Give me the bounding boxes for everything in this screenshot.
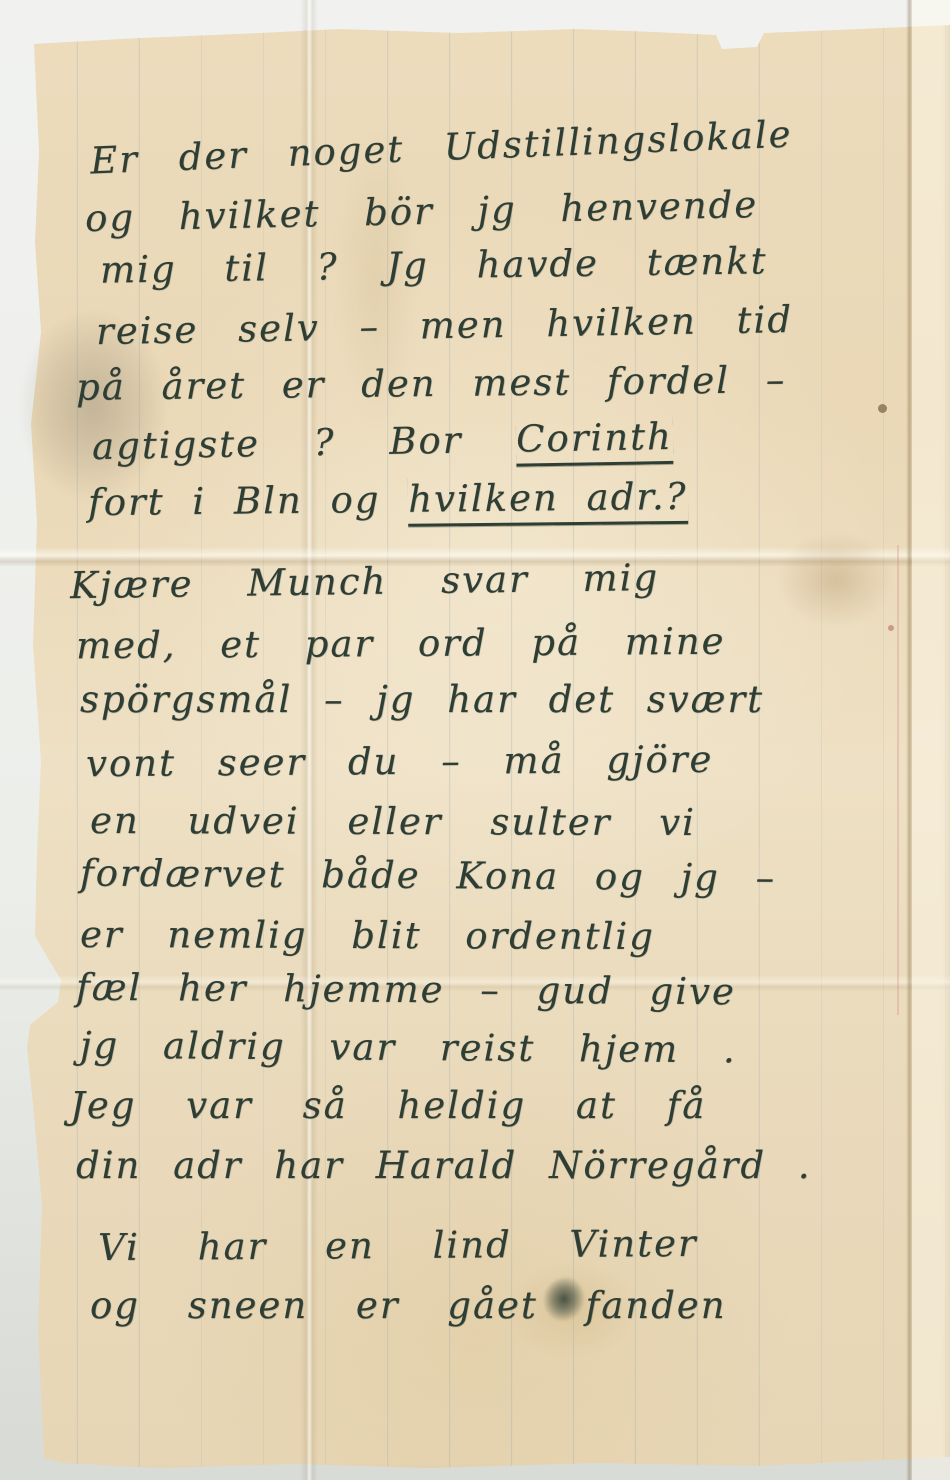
handwriting-line: og sneen er gået fanden [90, 1284, 727, 1327]
handwriting-line: Vi har en lind Vinter [98, 1222, 698, 1269]
handwriting-line: spörgsmål – jg har det svært [80, 678, 764, 721]
handwriting-line: på året er den mest fordel – [76, 358, 787, 408]
handwriting-line: fæl her hjemme – gud give [76, 966, 736, 1014]
handwriting-line: jg aldrig var reist hjem . [80, 1024, 737, 1072]
handwriting-line: fordærvet både Kona og jg – [80, 852, 776, 900]
underlined-text: hvilken adr.? [408, 475, 688, 527]
handwriting-line: agtigste ? Bor Corinth [92, 415, 673, 468]
handwriting-line: vont seer du – må gjöre [86, 738, 714, 785]
handwriting-line: din adr har Harald Nörregård . [76, 1144, 812, 1187]
handwriting-line: Jeg var så heldig at få [70, 1084, 706, 1127]
handwriting-text: agtigste ? Bor [92, 418, 517, 468]
handwriting-line: en udvei eller sulter vi [90, 799, 696, 844]
handwriting-line: med, et par ord på mine [76, 620, 726, 668]
handwriting-line: Kjære Munch svar mig [70, 556, 660, 607]
handwriting-text: fort i Bln og [88, 478, 409, 524]
underlined-text: Corinth [516, 415, 673, 467]
handwriting-line: fort i Bln og hvilken adr.? [88, 475, 688, 524]
handwriting-line: er nemlig blit ordentlig [80, 913, 655, 958]
scanned-letter-page: Er der noget Udstillingslokale og hvilke… [0, 0, 950, 1480]
